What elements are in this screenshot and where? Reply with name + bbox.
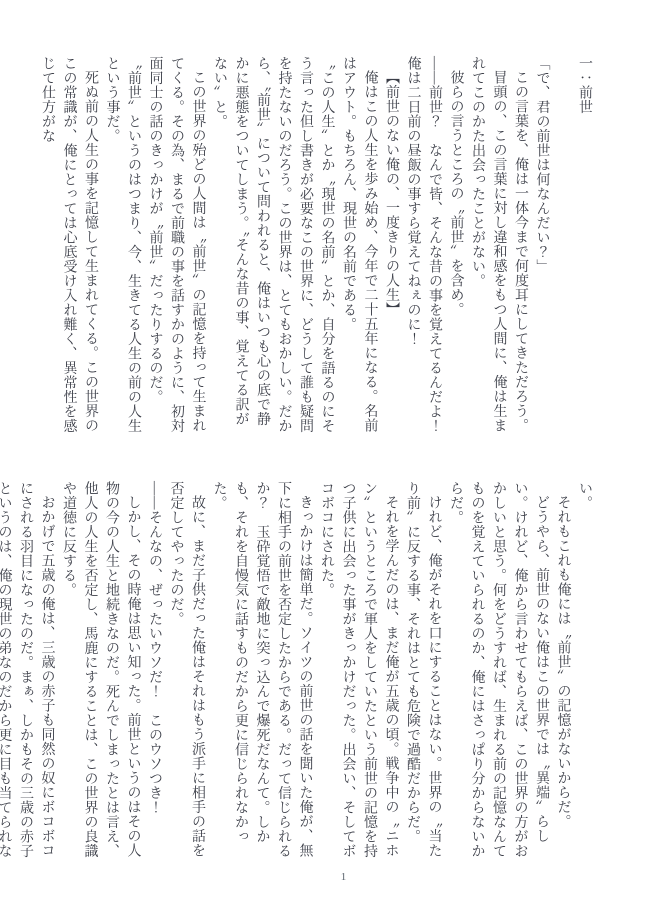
paragraph: 彼らの言うところの〝前世〟を含め。	[445, 56, 467, 440]
paragraph: それもこれも俺には〝前世〟の記憶がないからだ。	[552, 481, 574, 865]
paragraph: 「で、君の前世は何なんだい？」	[531, 56, 553, 440]
paragraph: けれど、俺がそれを口にすることはない。世界の〝当たり前〟に反する事、それはとても…	[402, 481, 445, 865]
band-bottom-paragraphs: い。それもこれも俺には〝前世〟の記憶がないからだ。どうやら、前世のない俺はこの世…	[0, 481, 595, 865]
band-top-paragraphs: 「で、君の前世は何なんだい？」この言葉を、俺は一体今まで何度耳にしてきただろう。…	[37, 56, 553, 440]
paragraph: この世界の殆どの人間は〝前世〟の記憶を持って生まれてくる。その為、まるで前職の事…	[144, 56, 209, 440]
paragraph: 〝前世〟というのはつまり、今、生きてる人生の前の人生という事だ。	[101, 56, 144, 440]
paragraph: この言葉を、俺は一体今まで何度耳にしてきただろう。	[510, 56, 532, 440]
paragraph: ――そんなの、ぜったいウソだ！ このウソつき！	[144, 481, 166, 865]
paragraph: 冒頭の、この言葉に対し違和感をもつ人間に、俺は生まれてこのかた出会ったことがない…	[467, 56, 510, 440]
text-band-bottom: い。それもこれも俺には〝前世〟の記憶がないからだ。どうやら、前世のない俺はこの世…	[0, 481, 595, 865]
paragraph: ――前世？ なんで皆、そんな昔の事を覚えてるんだよ！ 俺は二日前の昼飯の事すら覚…	[402, 56, 445, 440]
paragraph: 【前世のない俺の、一度きりの人生】	[381, 56, 403, 440]
paragraph: 故に、まだ子供だった俺はそれはもう派手に相手の話を否定してやったのだ。	[165, 481, 208, 865]
paragraph: 〝この人生〟とか〝現世の名前〟とか、自分を語るのにそう言った但し書きが必要なこの…	[209, 56, 338, 440]
paragraph: きっかけは簡単だ。ソイツの前世の話を聞いた俺が、無下に相手の前世を否定したからで…	[208, 481, 316, 865]
chapter-title: 一：前世	[574, 56, 596, 440]
text-band-top: 一：前世 「で、君の前世は何なんだい？」この言葉を、俺は一体今まで何度耳にしてき…	[37, 56, 596, 440]
paragraph: しかし、その時俺は思い知った。前世というのはその人物の今の人生と地続きなのだ。死…	[58, 481, 144, 865]
page-number: 1	[42, 871, 645, 883]
paragraph: 俺はこの人生を歩み始め、今年で二十五年になる。名前はアウト。もちろん、現世の名前…	[338, 56, 381, 440]
paragraph: 死ぬ前の人生の事を記憶して生まれてくる。この世界のこの常識が、俺にとっては心底受…	[37, 56, 102, 440]
paragraph: どうやら、前世のない俺はこの世界では〝異端〟らしい。けれど、俺から言わせてもらえ…	[445, 481, 553, 865]
novel-page: 一：前世 「で、君の前世は何なんだい？」この言葉を、俺は一体今まで何度耳にしてき…	[0, 0, 645, 920]
paragraph: おかげで五歳の俺は、三歳の赤子も同然の奴にボコボコにされる羽目になったのだ。まぁ…	[0, 481, 58, 865]
paragraph: い。	[574, 481, 596, 865]
paragraph: それを学んだのは、まだ俺が五歳の頃。戦争中の〝ニホン〟というところで軍人をしてい…	[316, 481, 402, 865]
